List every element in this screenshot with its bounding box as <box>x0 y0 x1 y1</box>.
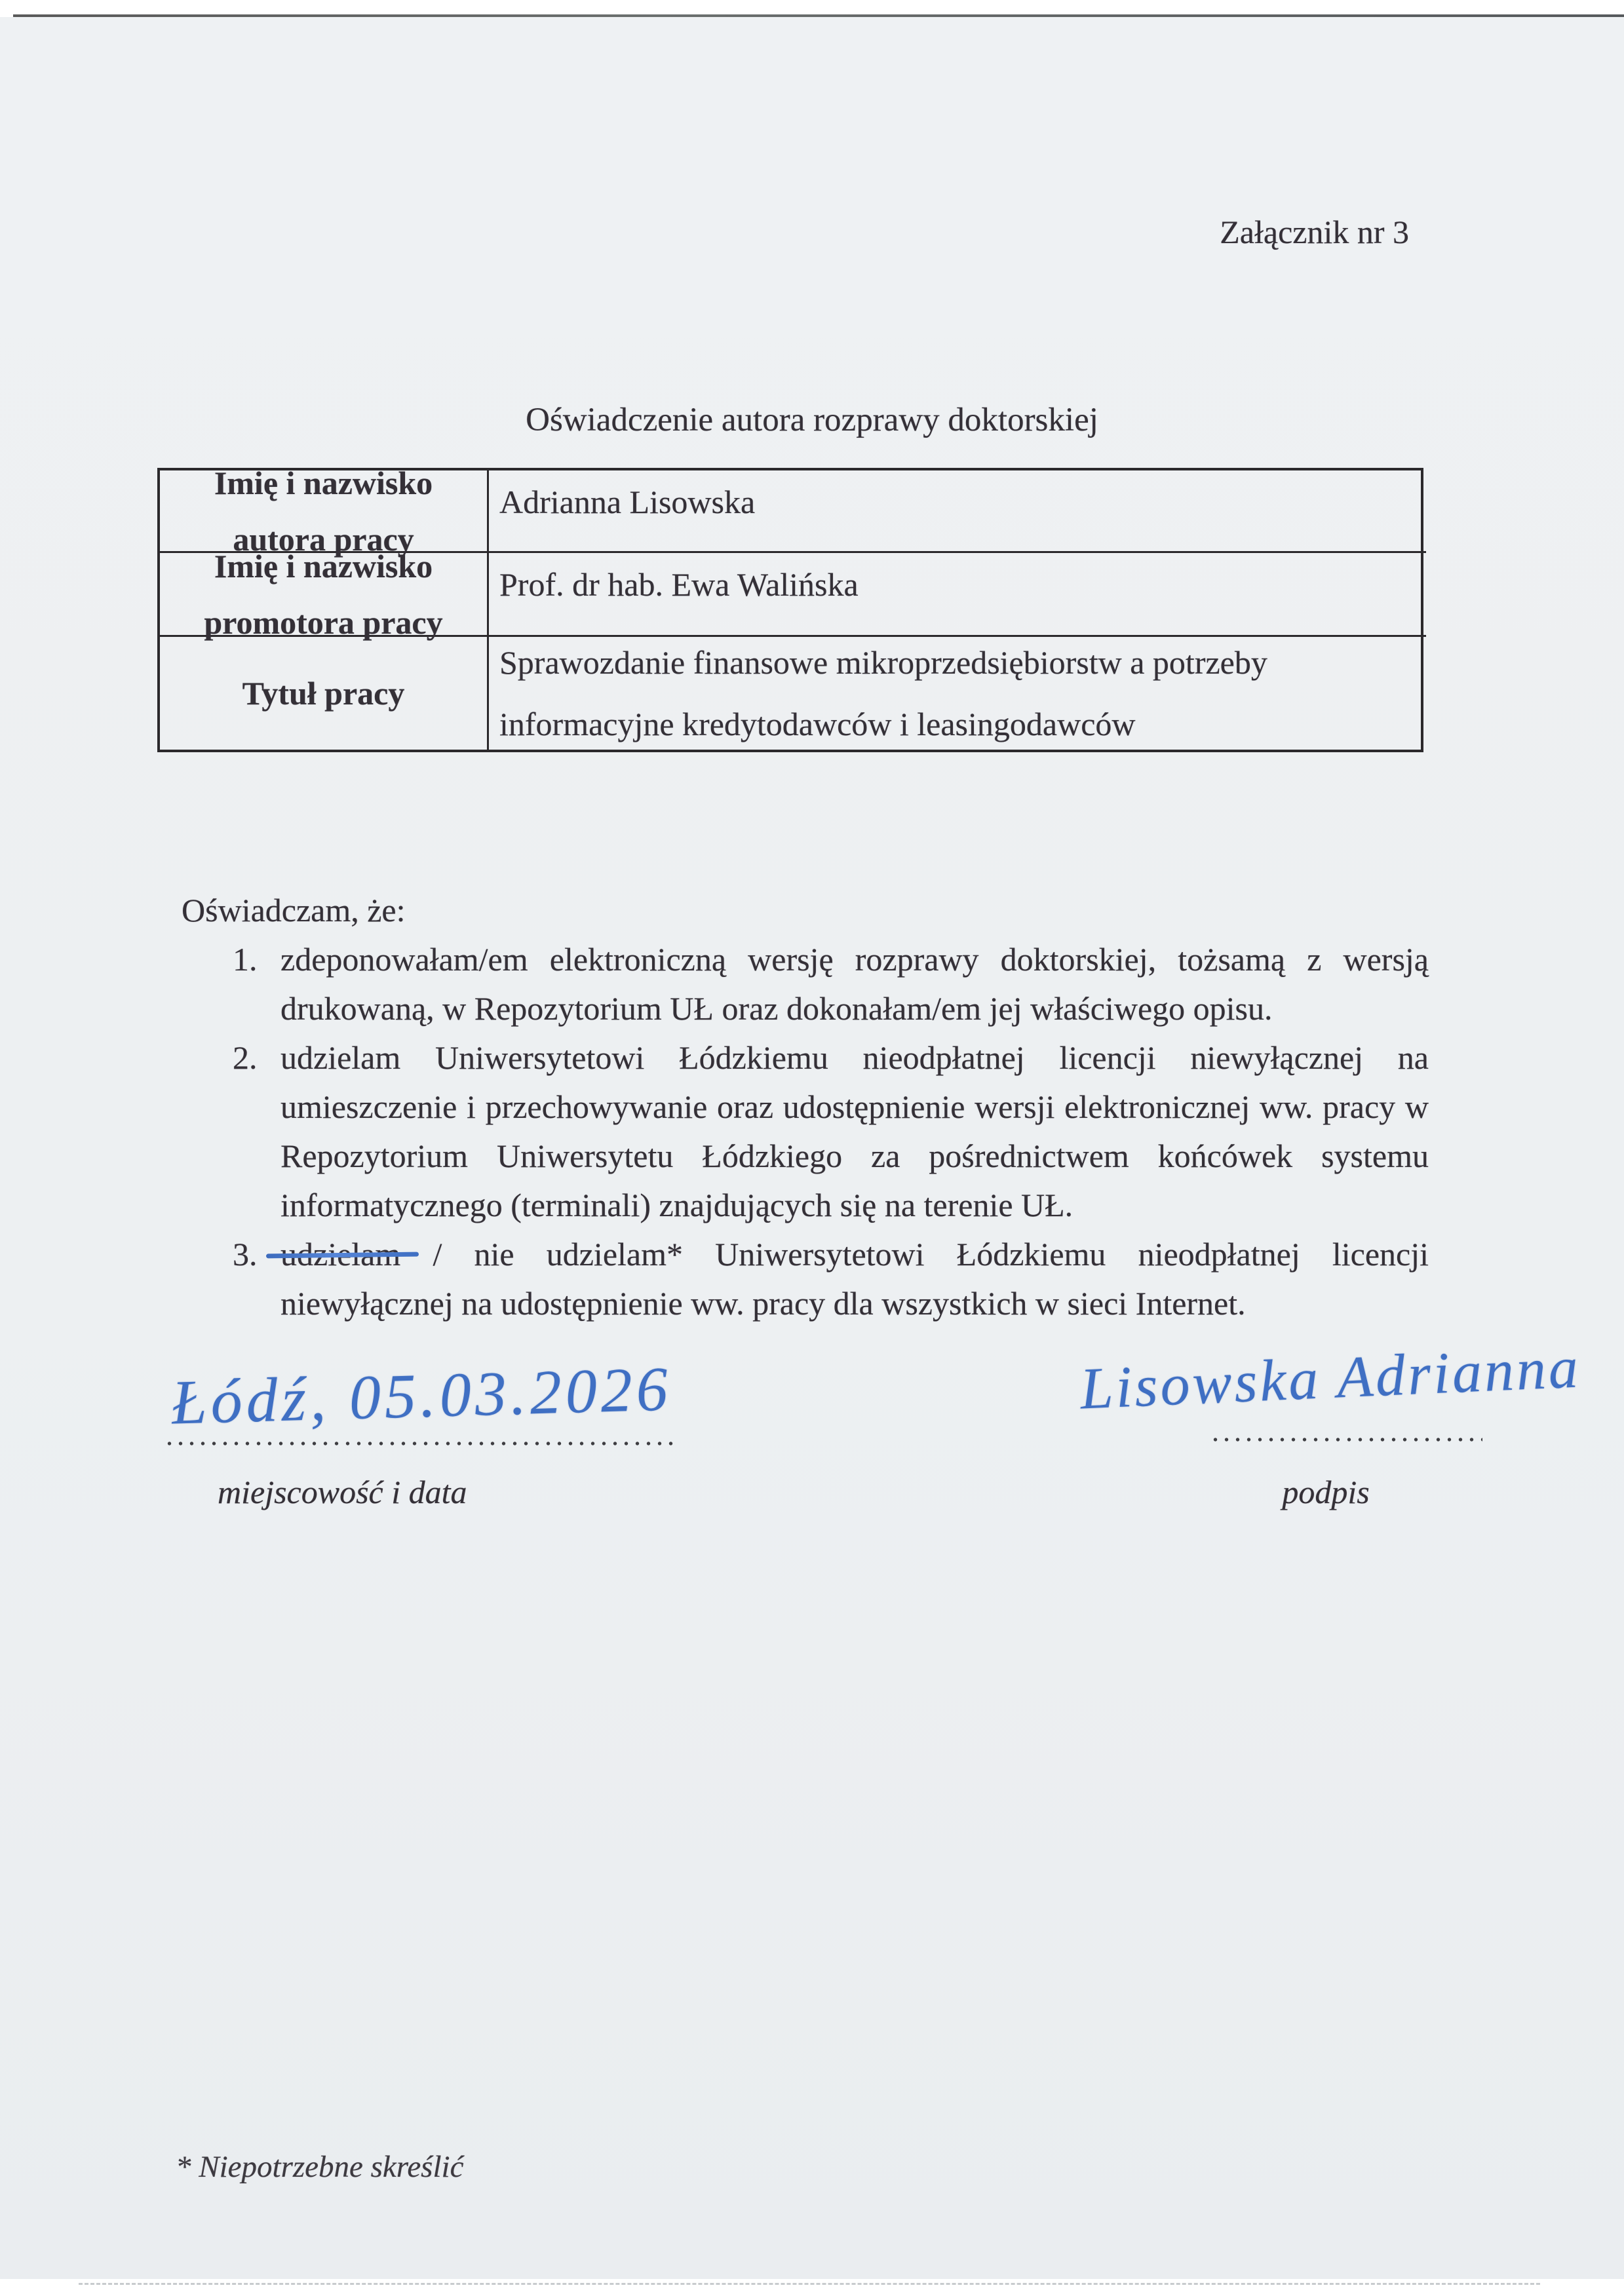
declaration-body: Oświadczam, że: 1. zdeponowałam/em elekt… <box>182 886 1429 1328</box>
place-date-dotted-line <box>164 1442 676 1445</box>
struck-word-udzielam: udzielam <box>280 1236 400 1272</box>
item-text: zdeponowałam/em elektroniczną wersję roz… <box>280 941 1429 1027</box>
item-number: 2. <box>233 1033 258 1082</box>
declaration-item-2: 2. udzielam Uniwersytetowi Łódzkiemu nie… <box>182 1033 1429 1230</box>
declaration-list: 1. zdeponowałam/em elektroniczną wersję … <box>182 935 1429 1328</box>
thesis-info-table: Imię i nazwisko autora pracy Adrianna Li… <box>157 468 1423 752</box>
item-number: 3. <box>233 1230 258 1279</box>
table-label-thesis-title: Tytuł pracy <box>160 637 489 750</box>
item-text: udzielam Uniwersytetowi Łódzkiemu nieodp… <box>280 1039 1429 1223</box>
table-value-supervisor-name: Prof. dr hab. Ewa Walińska <box>489 553 1426 637</box>
document-title: Oświadczenie autora rozprawy doktorskiej <box>0 401 1624 439</box>
place-date-label: miejscowość i data <box>218 1473 467 1511</box>
scan-top-edge <box>13 14 1624 17</box>
item-number: 1. <box>233 935 258 984</box>
item-text: / nie udzielam* Uniwersytetowi Łódzkiemu… <box>280 1236 1429 1322</box>
signature-dotted-line <box>1210 1438 1482 1442</box>
table-value-thesis-title: Sprawozdanie finansowe mikroprzedsiębior… <box>489 637 1426 750</box>
declaration-intro: Oświadczam, że: <box>182 886 1429 935</box>
table-label-supervisor-name: Imię i nazwisko promotora pracy <box>160 553 489 637</box>
footnote: * Niepotrzebne skreślić <box>176 2149 463 2185</box>
declaration-item-3: 3. udzielam / nie udzielam* Uniwersyteto… <box>182 1230 1429 1328</box>
attachment-number-label: Załącznik nr 3 <box>1220 214 1409 250</box>
scan-bottom-artifact <box>79 2283 1540 2285</box>
handwritten-place-date: Łódź, 05.03.2026 <box>171 1352 673 1438</box>
scanned-document: Załącznik nr 3 Oświadczenie autora rozpr… <box>0 0 1624 2296</box>
signature-label: podpis <box>1244 1473 1408 1511</box>
declaration-item-1: 1. zdeponowałam/em elektroniczną wersję … <box>182 935 1429 1033</box>
table-value-author-name: Adrianna Lisowska <box>489 470 1426 553</box>
